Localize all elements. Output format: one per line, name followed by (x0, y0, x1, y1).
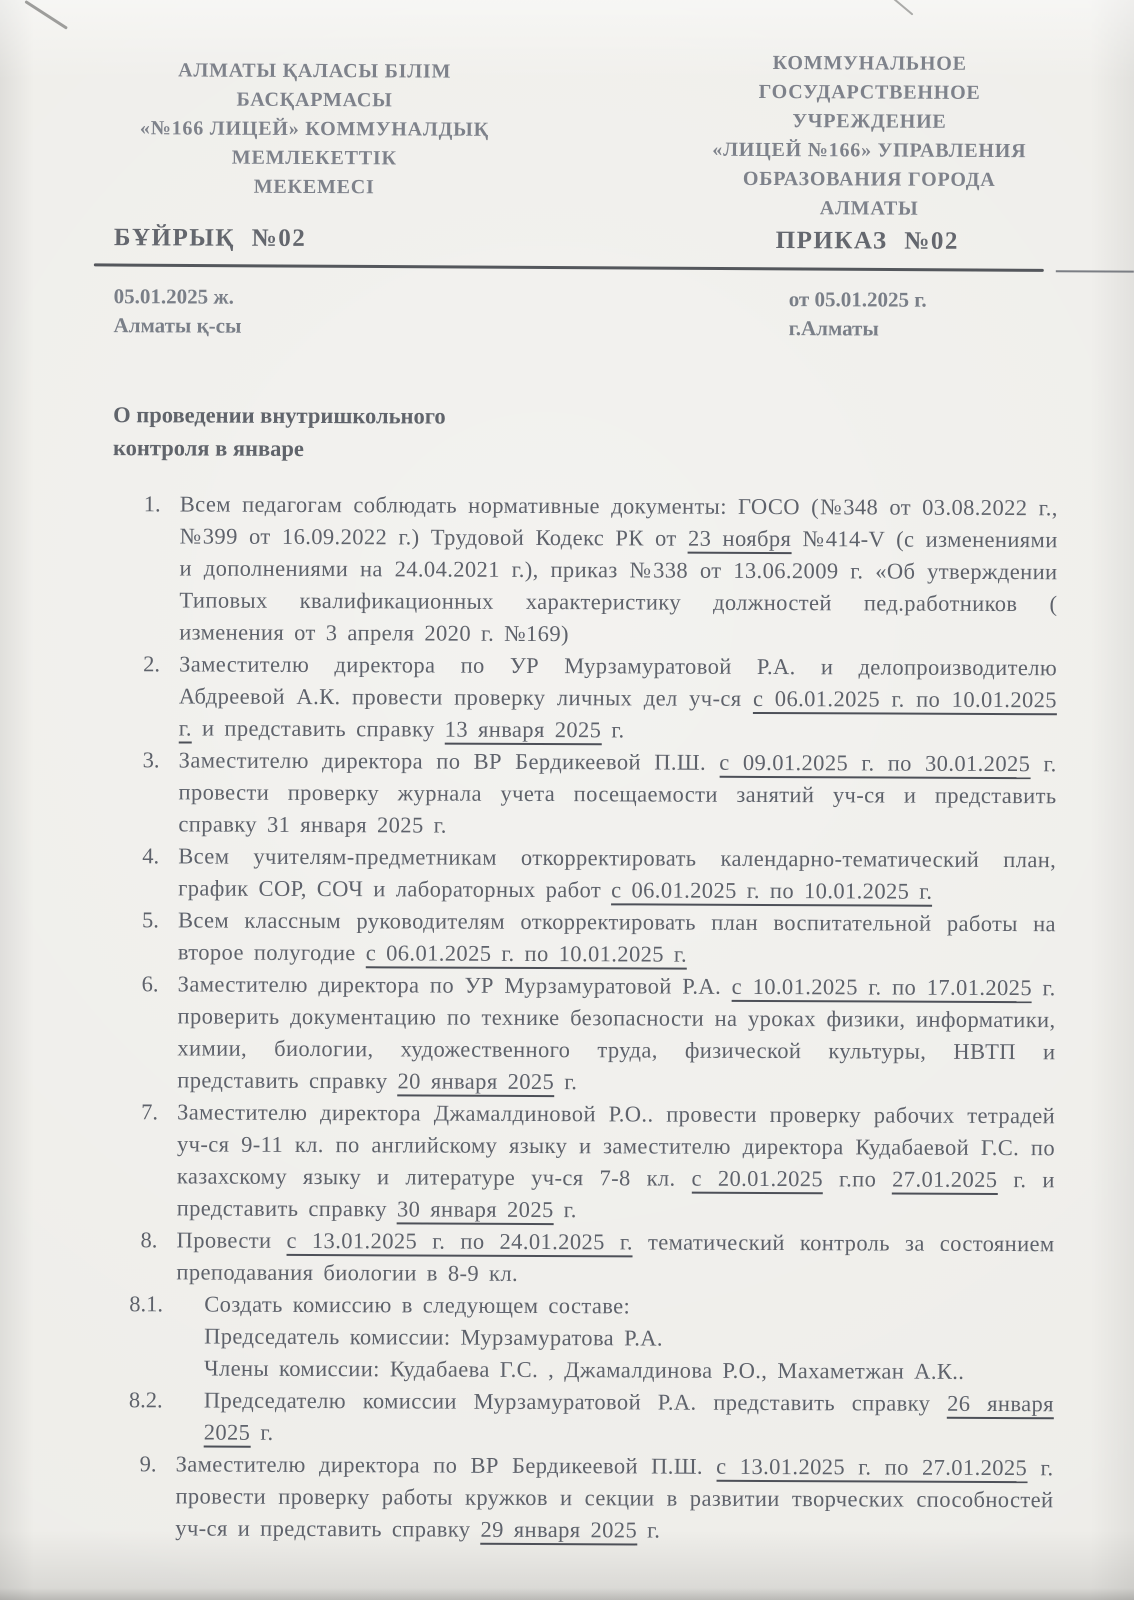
order-item-4: 4.Всем учителям-предметникам откорректир… (142, 840, 1056, 908)
issue-place-russian: г.Алматы (789, 314, 927, 344)
item-text: Заместителю директора по УР Мурзамуратов… (179, 648, 1057, 748)
item-body: Заместителю директора Джамалдиновой Р.О.… (177, 1096, 1056, 1228)
item-number: 4. (142, 840, 178, 904)
letterhead: АЛМАТЫ ҚАЛАСЫ БІЛІМ БАСҚАРМАСЫ «№166 ЛИЦ… (114, 46, 1060, 224)
issue-date-kazakh: 05.01.2025 ж. (114, 282, 242, 312)
order-item-8-1: 8.1.Создать комиссию в следующем составе… (140, 1288, 1054, 1388)
item-body: Создать комиссию в следующем составе:Пре… (204, 1289, 1054, 1389)
item-text: Всем педагогам соблюдать нормативные док… (179, 488, 1058, 652)
item-body: Заместителю директора по ВР Бердикеевой … (175, 1448, 1053, 1548)
issue-date-russian: от 05.01.2025 г. (789, 285, 927, 315)
date-row: 05.01.2025 ж. Алматы қ-сы от 05.01.2025 … (114, 282, 1059, 344)
org-name-russian: КОММУНАЛЬНОЕ ГОСУДАРСТВЕННОЕ УЧРЕЖДЕНИЕ … (683, 49, 1056, 225)
header-divider-line (94, 263, 1044, 271)
item-body: Заместителю директора по УР Мурзамуратов… (179, 648, 1057, 748)
header-divider-line-tail (1056, 270, 1134, 272)
item-body: Всем классным руководителям откорректиро… (178, 904, 1056, 972)
order-item-8: 8.Провести с 13.01.2025 г. по 24.01.2025… (140, 1224, 1054, 1292)
issue-date-block-kazakh: 05.01.2025 ж. Алматы қ-сы (114, 282, 242, 341)
item-body: Провести с 13.01.2025 г. по 24.01.2025 г… (176, 1224, 1054, 1292)
item-text: Заместителю директора по ВР Бердикеевой … (175, 1448, 1053, 1548)
item-body: Заместителю директора по УР Мурзамуратов… (177, 968, 1056, 1100)
underlined-date: 29 января 2025 (480, 1517, 637, 1546)
order-item-5: 5.Всем классным руководителям откорректи… (142, 904, 1056, 972)
item-text: Всем классным руководителям откорректиро… (178, 904, 1056, 972)
item-text: Председателю комиссии Мурзамуратовой Р.А… (204, 1385, 1054, 1453)
order-item-6: 6.Заместителю директора по УР Мурзамурат… (141, 968, 1056, 1100)
underlined-date: 23 ноября (688, 526, 791, 554)
item-text: Председатель комиссии: Мурзамуратова Р.А… (204, 1321, 1054, 1357)
order-title-russian: ПРИКАЗ №02 (776, 227, 959, 256)
underlined-date: с 09.01.2025 г. по 30.01.2025 (719, 750, 1030, 779)
order-items-list: 1.Всем педагогам соблюдать нормативные д… (139, 488, 1058, 1548)
issue-place-kazakh: Алматы қ-сы (114, 311, 242, 341)
item-number: 8. (140, 1224, 176, 1288)
order-item-1: 1.Всем педагогам соблюдать нормативные д… (143, 488, 1058, 652)
issue-date-block-russian: от 05.01.2025 г. г.Алматы (789, 285, 927, 344)
underlined-date: с 06.01.2025 г. по 10.01.2025 г. (611, 877, 932, 906)
order-item-3: 3.Заместителю директора по ВР Бердикеево… (142, 744, 1056, 844)
scanned-order-document: АЛМАТЫ ҚАЛАСЫ БІЛІМ БАСҚАРМАСЫ «№166 ЛИЦ… (0, 0, 1134, 1600)
item-number: 8.2. (129, 1384, 204, 1448)
item-text: Создать комиссию в следующем составе: (204, 1289, 1054, 1325)
item-text: Заместителю директора Джамалдиновой Р.О.… (177, 1096, 1056, 1228)
item-text: Члены комиссии: Кудабаева Г.С. , Джамалд… (204, 1353, 1054, 1389)
item-number: 6. (141, 968, 178, 1096)
underlined-date: 27.01.2025 (892, 1167, 997, 1195)
item-number: 5. (142, 904, 178, 968)
item-text: Заместителю директора по УР Мурзамуратов… (177, 968, 1056, 1100)
item-number: 1. (143, 488, 180, 648)
document-subject: О проведении внутришкольного контроля в … (113, 398, 1058, 468)
order-item-7: 7.Заместителю директора Джамалдиновой Р.… (141, 1096, 1056, 1228)
item-body: Всем учителям-предметникам откорректиров… (178, 840, 1056, 908)
document-content: АЛМАТЫ ҚАЛАСЫ БІЛІМ БАСҚАРМАСЫ «№166 ЛИЦ… (0, 0, 1134, 1549)
item-body: Всем педагогам соблюдать нормативные док… (179, 488, 1058, 652)
item-number: 9. (139, 1448, 175, 1544)
item-number: 7. (141, 1096, 178, 1224)
order-item-8-2: 8.2.Председателю комиссии Мурзамуратовой… (140, 1384, 1054, 1452)
item-text: Заместителю директора по ВР Бердикеевой … (178, 744, 1056, 844)
underlined-date: с 13.01.2025 г. по 27.01.2025 (716, 1454, 1027, 1483)
order-item-9: 9.Заместителю директора по ВР Бердикеево… (139, 1448, 1053, 1548)
item-text: Провести с 13.01.2025 г. по 24.01.2025 г… (176, 1224, 1054, 1292)
item-number: 2. (143, 648, 179, 744)
order-item-2: 2.Заместителю директора по УР Мурзамурат… (143, 648, 1057, 748)
underlined-date: 20 января 2025 (398, 1068, 555, 1097)
org-name-kazakh: АЛМАТЫ ҚАЛАСЫ БІЛІМ БАСҚАРМАСЫ «№166 ЛИЦ… (114, 56, 515, 222)
header-divider (114, 264, 1059, 272)
underlined-date: с 10.01.2025 г. по 17.01.2025 (732, 974, 1032, 1003)
order-title-kazakh: БҰЙРЫҚ №02 (114, 224, 306, 253)
item-body: Заместителю директора по ВР Бердикеевой … (178, 744, 1056, 844)
underlined-date: с 06.01.2025 г. по 10.01.2025 г. (366, 940, 687, 969)
item-text: Всем учителям-предметникам откорректиров… (178, 840, 1056, 908)
underlined-date: с 13.01.2025 г. по 24.01.2025 г. (286, 1228, 633, 1258)
underlined-date: с 20.01.2025 (691, 1166, 823, 1195)
underlined-date: 30 января 2025 (397, 1196, 554, 1225)
order-title-row: БҰЙРЫҚ №02 ПРИКАЗ №02 (114, 224, 1059, 260)
item-number: 8.1. (129, 1288, 204, 1384)
underlined-date: 13 января 2025 (445, 717, 602, 746)
item-body: Председателю комиссии Мурзамуратовой Р.А… (204, 1385, 1054, 1453)
item-number: 3. (142, 744, 178, 840)
